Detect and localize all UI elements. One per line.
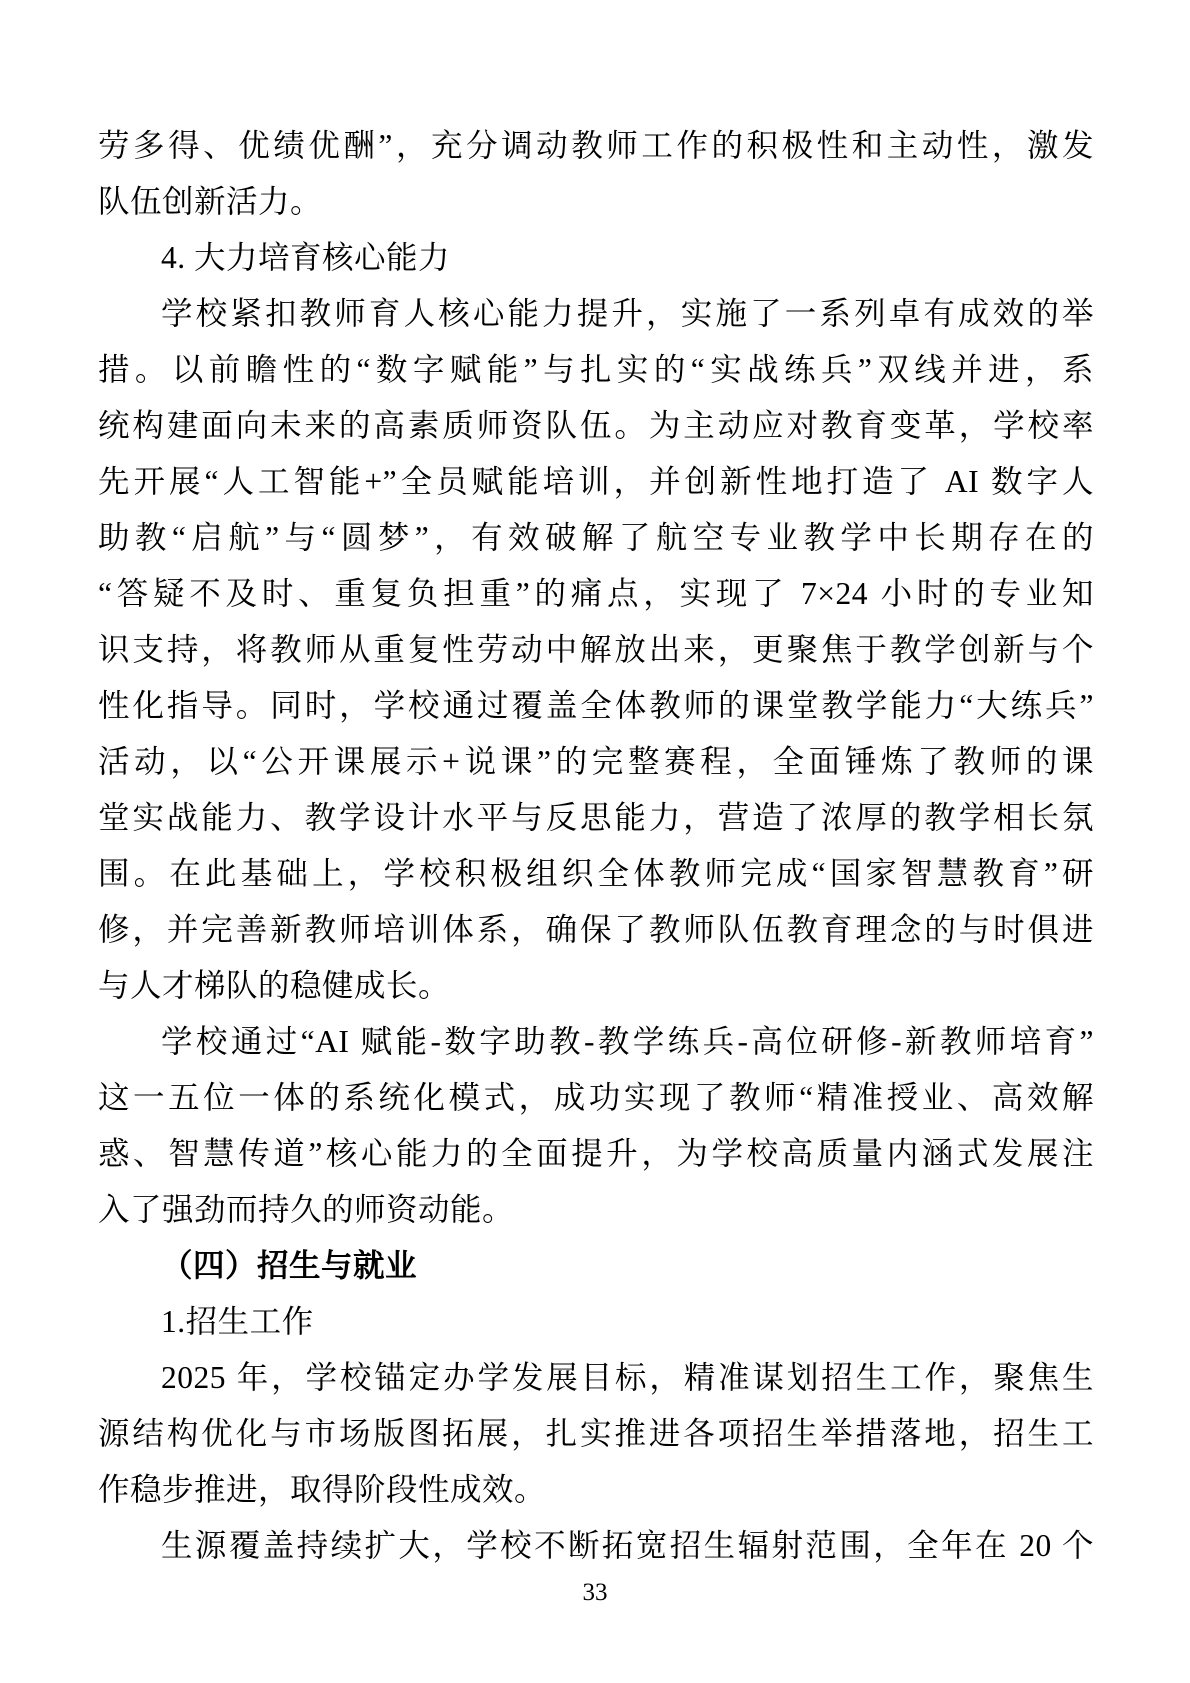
text-line: 源结构优化与市场版图拓展，扎实推进各项招生举措落地，招生工 <box>98 1406 1094 1462</box>
text-line: 劳多得、优绩优酬”，充分调动教师工作的积极性和主动性，激发 <box>98 118 1094 174</box>
text-line: 学校通过“AI 赋能-数字助教-教学练兵-高位研修-新教师培育” <box>98 1014 1094 1070</box>
page-footer: 33 <box>0 1576 1190 1610</box>
text-line: “答疑不及时、重复负担重”的痛点，实现了 7×24 小时的专业知 <box>98 566 1094 622</box>
text-line: 这一五位一体的系统化模式，成功实现了教师“精准授业、高效解 <box>98 1070 1094 1126</box>
text-line: 1.招生工作 <box>98 1294 1094 1350</box>
text-line: 性化指导。同时，学校通过覆盖全体教师的课堂教学能力“大练兵” <box>98 678 1094 734</box>
text-line: 入了强劲而持久的师资动能。 <box>98 1182 1094 1238</box>
page-number: 33 <box>583 1579 608 1606</box>
text-line: 围。在此基础上，学校积极组织全体教师完成“国家智慧教育”研 <box>98 846 1094 902</box>
document-page: 劳多得、优绩优酬”，充分调动教师工作的积极性和主动性，激发队伍创新活力。4. 大… <box>0 0 1190 1683</box>
text-line: 识支持，将教师从重复性劳动中解放出来，更聚焦于教学创新与个 <box>98 622 1094 678</box>
text-line: 统构建面向未来的高素质师资队伍。为主动应对教育变革，学校率 <box>98 398 1094 454</box>
text-line: 修，并完善新教师培训体系，确保了教师队伍教育理念的与时俱进 <box>98 902 1094 958</box>
text-line: 惑、智慧传道”核心能力的全面提升，为学校高质量内涵式发展注 <box>98 1126 1094 1182</box>
document-body: 劳多得、优绩优酬”，充分调动教师工作的积极性和主动性，激发队伍创新活力。4. 大… <box>98 118 1094 1574</box>
text-line: 队伍创新活力。 <box>98 174 1094 230</box>
text-line: 生源覆盖持续扩大，学校不断拓宽招生辐射范围，全年在 20 个 <box>98 1518 1094 1574</box>
text-line: 学校紧扣教师育人核心能力提升，实施了一系列卓有成效的举 <box>98 286 1094 342</box>
text-line: 4. 大力培育核心能力 <box>98 230 1094 286</box>
text-line: 与人才梯队的稳健成长。 <box>98 958 1094 1014</box>
text-line: 活动，以“公开课展示+说课”的完整赛程，全面锤炼了教师的课 <box>98 734 1094 790</box>
text-line: 措。以前瞻性的“数字赋能”与扎实的“实战练兵”双线并进，系 <box>98 342 1094 398</box>
text-line: 作稳步推进，取得阶段性成效。 <box>98 1462 1094 1518</box>
text-line: 助教“启航”与“圆梦”，有效破解了航空专业教学中长期存在的 <box>98 510 1094 566</box>
text-line: 堂实战能力、教学设计水平与反思能力，营造了浓厚的教学相长氛 <box>98 790 1094 846</box>
text-line: 2025 年，学校锚定办学发展目标，精准谋划招生工作，聚焦生 <box>98 1350 1094 1406</box>
text-line: （四）招生与就业 <box>98 1238 1094 1294</box>
text-line: 先开展“人工智能+”全员赋能培训，并创新性地打造了 AI 数字人 <box>98 454 1094 510</box>
